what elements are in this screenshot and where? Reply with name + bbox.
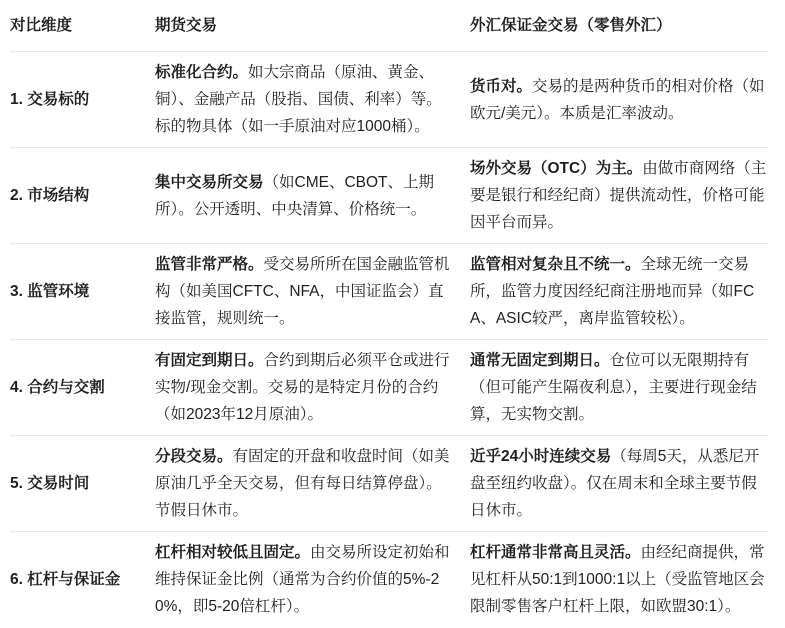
dimension-cell: 3. 监管环境 xyxy=(10,244,155,340)
table-row: 4. 合约与交割 有固定到期日。合约到期后必须平仓或进行实物/现金交割。交易的是… xyxy=(10,340,768,436)
forex-cell: 场外交易（OTC）为主。由做市商网络（主要是银行和经纪商）提供流动性，价格可能因… xyxy=(470,148,768,244)
cell-lead-bold: 集中交易所交易 xyxy=(155,174,264,191)
header-dimension: 对比维度 xyxy=(10,0,155,52)
dimension-cell: 5. 交易时间 xyxy=(10,436,155,532)
comparison-table: 对比维度 期货交易 外汇保证金交易（零售外汇） 1. 交易标的 标准化合约。如大… xyxy=(10,0,768,627)
forex-cell: 货币对。交易的是两种货币的相对价格（如欧元/美元）。本质是汇率波动。 xyxy=(470,52,768,148)
forex-cell: 杠杆通常非常高且灵活。由经纪商提供，常见杠杆从50:1到1000:1以上（受监管… xyxy=(470,532,768,628)
table-row: 2. 市场结构 集中交易所交易（如CME、CBOT、上期所）。公开透明、中央清算… xyxy=(10,148,768,244)
cell-lead-bold: 杠杆通常非常高且灵活。 xyxy=(470,544,641,561)
header-futures: 期货交易 xyxy=(155,0,470,52)
forex-cell: 通常无固定到期日。仓位可以无限期持有（但可能产生隔夜利息），主要进行现金结算，无… xyxy=(470,340,768,436)
dimension-cell: 1. 交易标的 xyxy=(10,52,155,148)
header-row: 对比维度 期货交易 外汇保证金交易（零售外汇） xyxy=(10,0,768,52)
cell-lead-bold: 货币对。 xyxy=(470,78,532,95)
table-row: 5. 交易时间 分段交易。有固定的开盘和收盘时间（如美原油几乎全天交易，但有每日… xyxy=(10,436,768,532)
table-row: 3. 监管环境 监管非常严格。受交易所所在国金融监管机构（如美国CFTC、NFA… xyxy=(10,244,768,340)
cell-lead-bold: 通常无固定到期日。 xyxy=(470,352,610,369)
header-forex: 外汇保证金交易（零售外汇） xyxy=(470,0,768,52)
futures-cell: 分段交易。有固定的开盘和收盘时间（如美原油几乎全天交易，但有每日结算停盘）。节假… xyxy=(155,436,470,532)
table-row: 1. 交易标的 标准化合约。如大宗商品（原油、黄金、铜）、金融产品（股指、国债、… xyxy=(10,52,768,148)
forex-cell: 近乎24小时连续交易（每周5天，从悉尼开盘至纽约收盘）。仅在周末和全球主要节假日… xyxy=(470,436,768,532)
futures-cell: 标准化合约。如大宗商品（原油、黄金、铜）、金融产品（股指、国债、利率）等。标的物… xyxy=(155,52,470,148)
cell-lead-bold: 近乎24小时连续交易 xyxy=(470,448,611,465)
table-row: 6. 杠杆与保证金 杠杆相对较低且固定。由交易所设定初始和维持保证金比例（通常为… xyxy=(10,532,768,628)
comparison-table-page: 对比维度 期货交易 外汇保证金交易（零售外汇） 1. 交易标的 标准化合约。如大… xyxy=(0,0,785,628)
cell-lead-bold: 监管相对复杂且不统一。 xyxy=(470,256,641,273)
dimension-cell: 6. 杠杆与保证金 xyxy=(10,532,155,628)
forex-cell: 监管相对复杂且不统一。全球无统一交易所，监管力度因经纪商注册地而异（如FCA、A… xyxy=(470,244,768,340)
futures-cell: 集中交易所交易（如CME、CBOT、上期所）。公开透明、中央清算、价格统一。 xyxy=(155,148,470,244)
dimension-cell: 4. 合约与交割 xyxy=(10,340,155,436)
cell-lead-bold: 分段交易。 xyxy=(155,448,233,465)
futures-cell: 有固定到期日。合约到期后必须平仓或进行实物/现金交割。交易的是特定月份的合约（如… xyxy=(155,340,470,436)
cell-lead-bold: 监管非常严格。 xyxy=(155,256,264,273)
dimension-cell: 2. 市场结构 xyxy=(10,148,155,244)
cell-lead-bold: 标准化合约。 xyxy=(155,64,248,81)
futures-cell: 监管非常严格。受交易所所在国金融监管机构（如美国CFTC、NFA，中国证监会）直… xyxy=(155,244,470,340)
cell-lead-bold: 杠杆相对较低且固定。 xyxy=(155,544,310,561)
cell-lead-bold: 场外交易（OTC）为主。 xyxy=(470,160,642,177)
cell-lead-bold: 有固定到期日。 xyxy=(155,352,264,369)
futures-cell: 杠杆相对较低且固定。由交易所设定初始和维持保证金比例（通常为合约价值的5%-20… xyxy=(155,532,470,628)
